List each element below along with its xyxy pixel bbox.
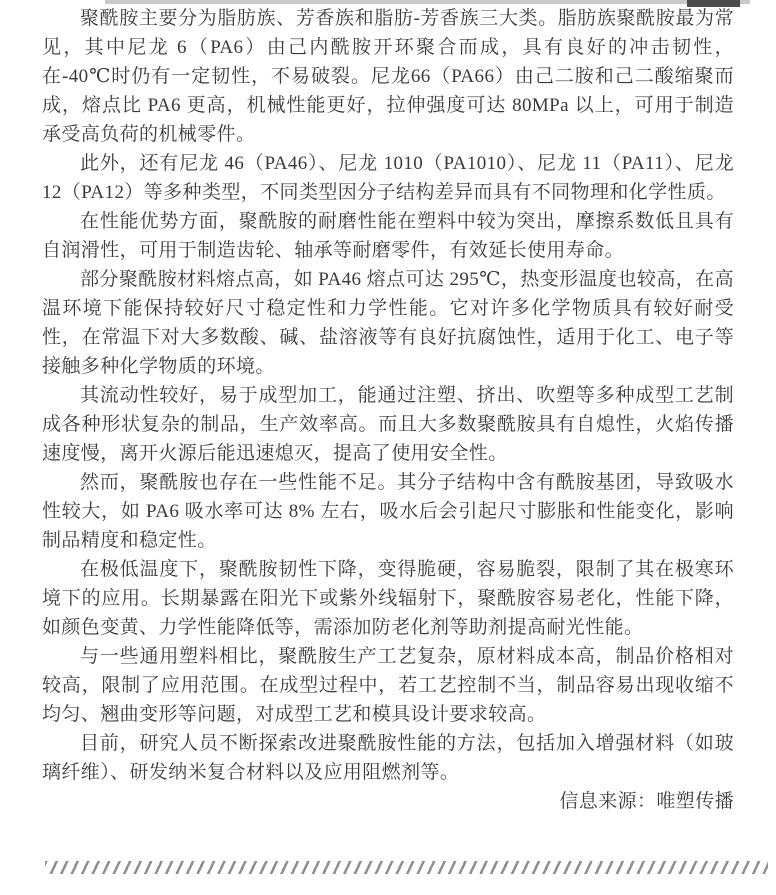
- paragraph-1: 聚酰胺主要分为脂肪族、芳香族和脂肪-芳香族三大类。脂肪族聚酰胺最为常见，其中尼龙…: [42, 4, 734, 149]
- paragraph-7: 在极低温度下，聚酰胺韧性下降，变得脆硬，容易脆裂，限制了其在极寒环境下的应用。长…: [42, 555, 734, 642]
- paragraph-5: 其流动性较好，易于成型加工，能通过注塑、挤出、吹塑等多种成型工艺制成各种形状复杂…: [42, 381, 734, 468]
- article-body: 聚酰胺主要分为脂肪族、芳香族和脂肪-芳香族三大类。脂肪族聚酰胺最为常见，其中尼龙…: [42, 4, 734, 816]
- paragraph-8: 与一些通用塑料相比，聚酰胺生产工艺复杂，原材料成本高，制品价格相对较高，限制了应…: [42, 642, 734, 729]
- paragraph-2: 此外，还有尼龙 46（PA46）、尼龙 1010（PA1010）、尼龙 11（P…: [42, 149, 734, 207]
- paragraph-4: 部分聚酰胺材料熔点高，如 PA46 熔点可达 295℃，热变形温度也较高，在高温…: [42, 265, 734, 381]
- paragraph-3: 在性能优势方面，聚酰胺的耐磨性能在塑料中较为突出，摩擦系数低且具有自润滑性，可用…: [42, 207, 734, 265]
- hatched-divider: [45, 861, 768, 874]
- source-attribution: 信息来源：唯塑传播: [42, 787, 734, 816]
- document-page: 聚酰胺主要分为脂肪族、芳香族和脂肪-芳香族三大类。脂肪族聚酰胺最为常见，其中尼龙…: [0, 0, 776, 895]
- paragraph-9: 目前，研究人员不断探索改进聚酰胺性能的方法，包括加入增强材料（如玻璃纤维）、研发…: [42, 729, 734, 787]
- paragraph-6: 然而，聚酰胺也存在一些性能不足。其分子结构中含有酰胺基团，导致吸水性较大，如 P…: [42, 468, 734, 555]
